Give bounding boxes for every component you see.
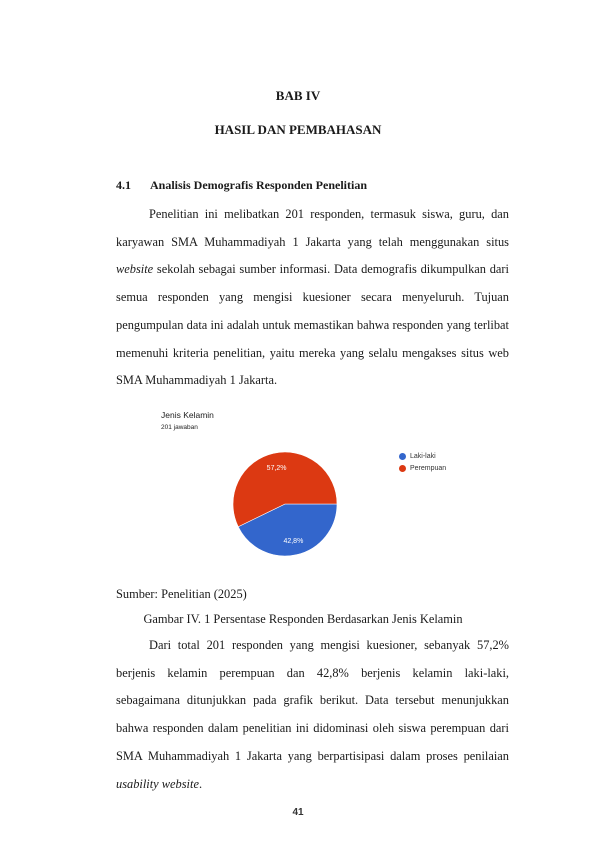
paragraph-text: . [199,777,202,791]
italic-term: usability website [116,777,199,791]
paragraph-text: Dari total 201 responden yang mengisi ku… [116,638,509,763]
legend-item: Laki-laki [399,450,446,462]
chart-legend: Laki-lakiPerempuan [399,450,446,474]
paragraph-intro: Penelitian ini melibatkan 201 responden,… [116,201,509,395]
figure-caption: Gambar IV. 1 Persentase Responden Berdas… [0,612,596,627]
pie-chart: 42,8%57,2% [225,444,345,564]
pie-slice-label: 42,8% [283,538,303,545]
legend-item: Perempuan [399,462,446,474]
chapter-heading: BAB IV [0,88,596,104]
italic-term: website [116,262,153,276]
chart-title: Jenis Kelamin [161,410,214,420]
legend-label: Perempuan [410,465,446,472]
pie-slice-label: 57,2% [267,465,287,472]
legend-label: Laki-laki [410,453,436,460]
section-heading: 4.1Analisis Demografis Responden Penelit… [116,178,367,193]
paragraph-text: sekolah sebagai sumber informasi. Data d… [116,262,509,387]
figure-source: Sumber: Penelitian (2025) [116,587,247,602]
paragraph-text: Penelitian ini melibatkan 201 responden,… [116,207,509,249]
legend-marker-icon [399,453,406,460]
paragraph-analysis: Dari total 201 responden yang mengisi ku… [116,632,509,798]
section-number: 4.1 [116,178,150,193]
chart-subtitle: 201 jawaban [161,424,198,431]
page-number: 41 [0,807,596,818]
legend-marker-icon [399,465,406,472]
chapter-title: HASIL DAN PEMBAHASAN [0,122,596,138]
section-title: Analisis Demografis Responden Penelitian [150,178,367,192]
